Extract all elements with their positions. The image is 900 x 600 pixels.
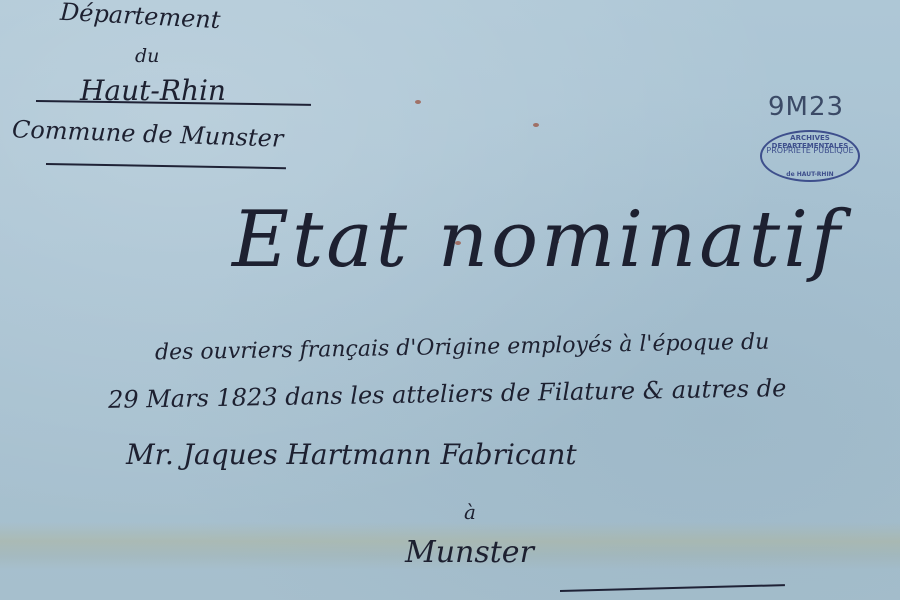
body-line-5: Munster xyxy=(405,535,534,570)
catalog-number: 9M23 xyxy=(768,92,844,122)
stamp-bottom-text: de HAUT-RHIN xyxy=(762,171,858,178)
archive-stamp: ARCHIVES DEPARTEMENTALES PROPRIÉTÉ PUBLI… xyxy=(760,130,860,182)
body-line-4: à xyxy=(464,500,476,524)
stamp-middle-text: PROPRIÉTÉ PUBLIQUE xyxy=(762,146,858,155)
stain xyxy=(415,100,421,104)
document-title: Etat nominatif xyxy=(232,195,843,285)
stain xyxy=(533,123,539,127)
du-label: du xyxy=(135,45,159,67)
body-line-3: Mr. Jaques Hartmann Fabricant xyxy=(126,438,577,471)
